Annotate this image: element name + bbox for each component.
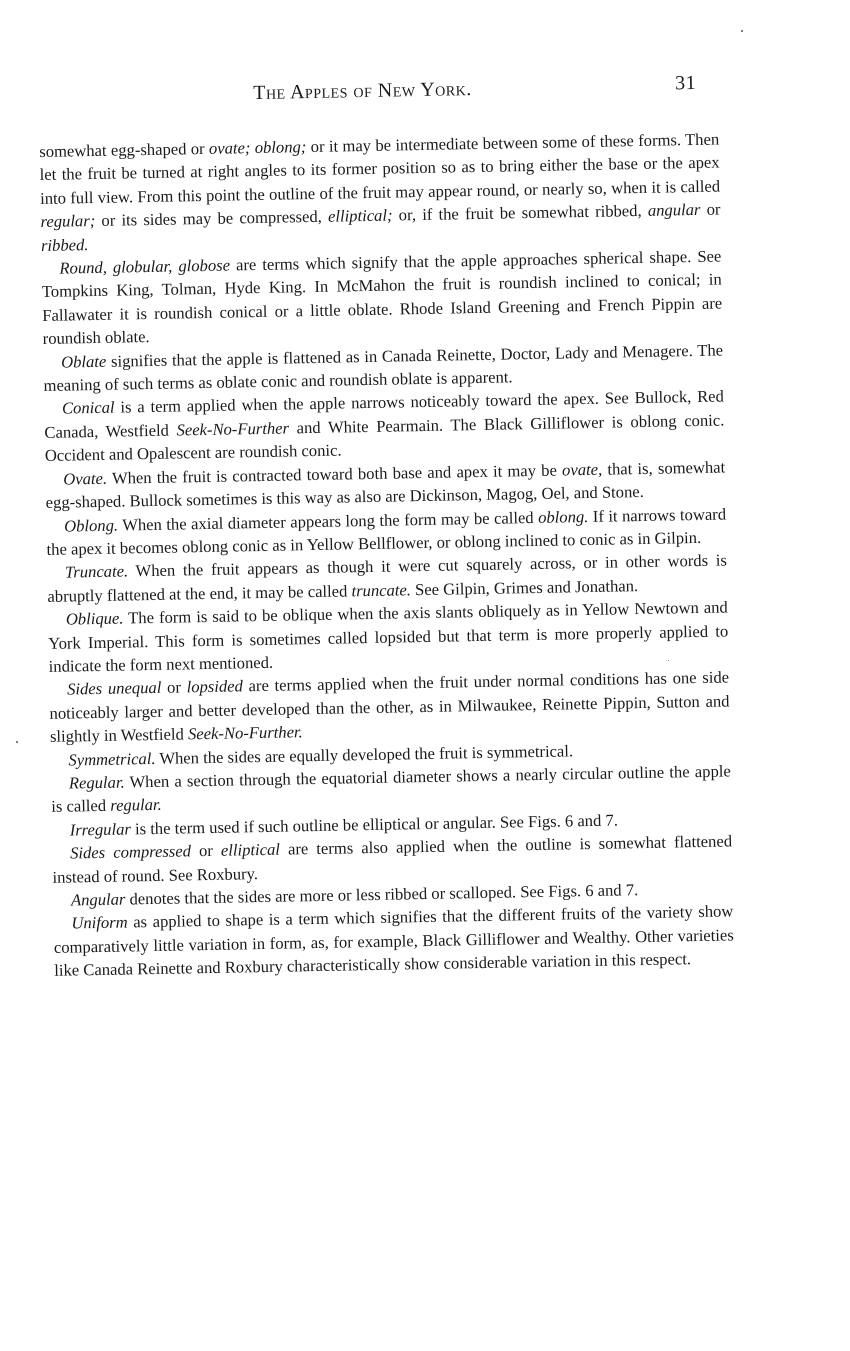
italic-term: regular. bbox=[110, 795, 162, 815]
italic-term: Uniform bbox=[71, 913, 128, 933]
italic-term: Seek-No-Further bbox=[176, 418, 289, 439]
text-run: or, if the fruit be somewhat ribbed, bbox=[392, 201, 648, 225]
running-head: The Apples of New York. 31 bbox=[38, 70, 719, 118]
text-run: See Gilpin, Grimes and Jonathan. bbox=[411, 576, 639, 599]
text-run: or bbox=[161, 678, 187, 697]
text-run: or bbox=[191, 841, 221, 861]
scan-speck bbox=[16, 741, 18, 743]
italic-term: Ovate. bbox=[63, 468, 107, 488]
italic-term: Round, globular, globose bbox=[59, 256, 230, 278]
paragraph-round-globular: Round, globular, globose are terms which… bbox=[41, 245, 723, 351]
book-page: The Apples of New York. 31 somewhat egg-… bbox=[38, 70, 734, 983]
italic-term: Truncate. bbox=[65, 562, 128, 582]
paragraph-conical: Conical is a term applied when the apple… bbox=[44, 385, 725, 468]
paragraph-sides-unequal: Sides unequal or lopsided are terms appl… bbox=[49, 666, 730, 749]
italic-term: Sides compressed bbox=[70, 842, 191, 863]
paragraph-oblique: Oblique. The form is said to be oblique … bbox=[48, 596, 729, 679]
scan-speck bbox=[741, 30, 743, 32]
body-text: somewhat egg-shaped or ovate; oblong; or… bbox=[39, 128, 734, 983]
italic-term: ovate; oblong; bbox=[209, 137, 307, 158]
italic-term: elliptical; bbox=[328, 206, 393, 226]
italic-term: Angular bbox=[71, 890, 126, 910]
italic-term: ovate, bbox=[562, 459, 602, 479]
italic-term: Oblong. bbox=[64, 515, 118, 535]
text-run: somewhat egg-shaped or bbox=[39, 139, 209, 161]
italic-term: Regular. bbox=[69, 773, 125, 793]
text-run: as applied to shape is a term which sign… bbox=[54, 902, 734, 980]
italic-term: Conical bbox=[62, 398, 115, 418]
italic-term: truncate. bbox=[351, 580, 411, 600]
paragraph-uniform: Uniform as applied to shape is a term wh… bbox=[53, 900, 734, 983]
italic-term: regular; bbox=[40, 211, 95, 231]
italic-term: Seek-No-Further. bbox=[188, 722, 303, 743]
italic-term: oblong. bbox=[538, 506, 589, 526]
italic-term: Sides unequal bbox=[67, 678, 162, 699]
italic-term: lopsided bbox=[186, 677, 243, 697]
italic-term: ribbed. bbox=[41, 235, 89, 255]
italic-term: Irregular bbox=[70, 819, 131, 839]
running-title: The Apples of New York. bbox=[253, 78, 472, 105]
italic-term: Oblate bbox=[61, 351, 107, 371]
italic-term: Symmetrical. bbox=[68, 749, 155, 770]
page-number: 31 bbox=[675, 72, 696, 95]
text-run: The form is said to be oblique when the … bbox=[48, 598, 728, 676]
text-run: or bbox=[700, 200, 720, 219]
text-run: or its sides may be compressed, bbox=[95, 207, 328, 230]
paragraph-continuation: somewhat egg-shaped or ovate; oblong; or… bbox=[39, 128, 721, 257]
italic-term: Oblique. bbox=[66, 609, 124, 629]
italic-term: angular bbox=[648, 200, 701, 220]
italic-term: elliptical bbox=[221, 840, 280, 860]
